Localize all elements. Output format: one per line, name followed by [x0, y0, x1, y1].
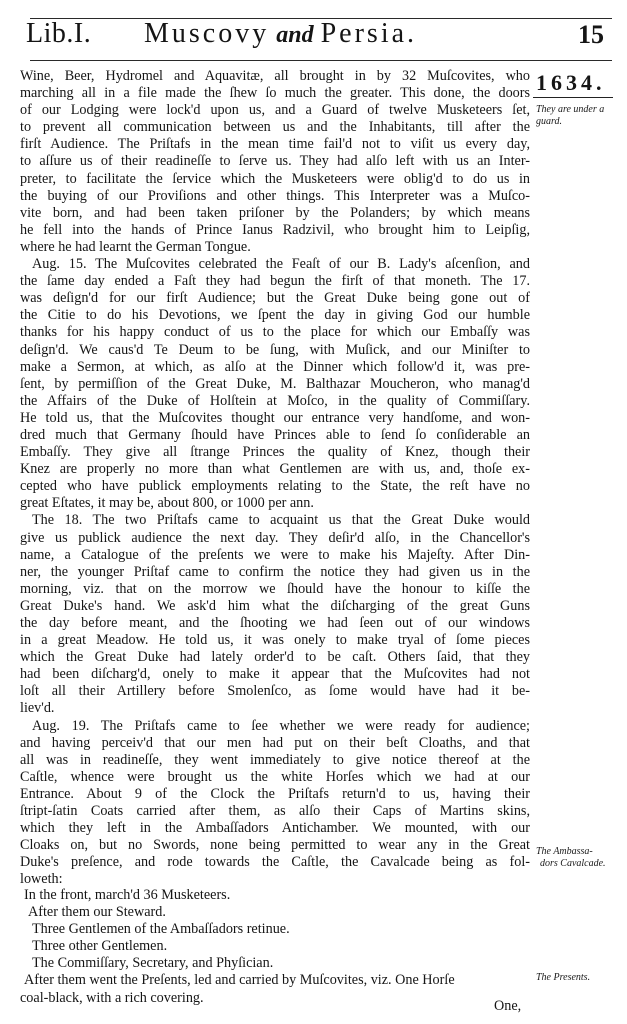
paragraph-start: Aug. 19. The Priſtafs came to ſee whethe… [20, 718, 530, 735]
text-line: morning, viz. that on the morrow we ſhou… [20, 581, 530, 598]
list-item: coal-black, with a rich covering. [20, 990, 530, 1007]
page-number: 15 [578, 20, 604, 50]
text-line: name, a Catalogue of the preſents we wer… [20, 547, 530, 564]
text-line: loweth: [20, 871, 530, 888]
text-line: preter, to facilitate the ſervice which … [20, 171, 530, 188]
margin-note-guard: They are under a guard. [536, 104, 604, 128]
list-item: Three other Gentlemen. [20, 938, 530, 955]
text-line: he fell into the hands of Prince Ianus R… [20, 222, 530, 239]
body-text: Wine, Beer, Hydromel and Aquavitæ, all b… [20, 68, 530, 889]
margin-year: 1634. [536, 70, 606, 96]
text-line: which they left in the Ambaſſadors Antic… [20, 820, 530, 837]
paragraph-start: The 18. The two Priſtafs came to acquain… [20, 512, 530, 529]
text-line: the Affairs of the Duke of Holſtein at M… [20, 393, 530, 410]
text-line: He told us, that the Muſcovites thought … [20, 410, 530, 427]
text-line: deſign'd. We caus'd Te Deum to be ſung, … [20, 342, 530, 359]
text-line: where he had learnt the German Tongue. [20, 239, 530, 256]
list-item: The Commiſſary, Secretary, and Phyſician… [20, 955, 530, 972]
margin-year-rule [533, 97, 613, 98]
text-line: ſtript-ſatin Coats carried after them, a… [20, 803, 530, 820]
text-line: firſt Audience. The Priſtafs in the mean… [20, 136, 530, 153]
text-line: to prevent all communication between us … [20, 119, 530, 136]
text-line: Embaſſy. They give all ſtrange Princes t… [20, 444, 530, 461]
text-line: the ſame day ended a Faſt they had begun… [20, 273, 530, 290]
text-line: the buying of our Proviſions and other t… [20, 188, 530, 205]
text-line: loſt all their Artillery before Smolenſc… [20, 683, 530, 700]
title-and: and [276, 22, 313, 48]
header-bottom-rule [30, 60, 612, 61]
list-item: In the front, march'd 36 Musketeers. [20, 887, 530, 904]
title-persia: Persia. [321, 18, 417, 49]
text-line: liev'd. [20, 700, 530, 717]
text-line: of our Lodging were lock'd upon us, and … [20, 102, 530, 119]
cavalcade-list: In the front, march'd 36 Musketeers. Aft… [20, 887, 530, 1007]
list-item: Three Gentlemen of the Ambaſſadors retin… [20, 921, 530, 938]
text-line: dred much that Germany ſhould have Princ… [20, 427, 530, 444]
text-line: marching all in a file made the ſhew ſo … [20, 85, 530, 102]
running-title: Muscovy and Persia. [144, 18, 417, 50]
text-line: Wine, Beer, Hydromel and Aquavitæ, all b… [20, 68, 530, 85]
text-line: ner, the younger Priſtaf came to confirm… [20, 564, 530, 581]
margin-note-cavalcade: The Ambassa- dors Cavalcade. [536, 846, 606, 870]
text-line: and having perceiv'd that our men had pu… [20, 735, 530, 752]
text-line: had been diſcharg'd, onely to make it ap… [20, 666, 530, 683]
list-item: After them our Steward. [20, 904, 530, 921]
text-line: Cloaks on, but no Swords, none being per… [20, 837, 530, 854]
text-line: make a Sermon, at which, as alſo at the … [20, 359, 530, 376]
book-number: Lib.I. [26, 18, 91, 50]
text-line: Caſtle, whence were brought us the white… [20, 769, 530, 786]
running-header: Lib.I. Muscovy and Persia. 15 [26, 18, 616, 58]
text-line: which the Great Duke had lately order'd … [20, 649, 530, 666]
text-line: was deſign'd for our firſt Audience; but… [20, 290, 530, 307]
title-muscovy: Muscovy [144, 18, 269, 49]
text-line: great Eſtates, it may be, about 800, or … [20, 495, 530, 512]
list-item: After them went the Preſents, led and ca… [20, 972, 530, 989]
margin-note-presents: The Presents. [536, 972, 590, 984]
paragraph-start: Aug. 15. The Muſcovites celebrated the F… [20, 256, 530, 273]
text-line: give us publick audience the next day. T… [20, 530, 530, 547]
text-line: Great Duke's hand. We ask'd him what the… [20, 598, 530, 615]
text-line: the Citie to do his Devotions, we ſpent … [20, 307, 530, 324]
text-line: Duke's preſence, and rode towards the Ca… [20, 854, 530, 871]
text-line: Knez are properly no more than what Gent… [20, 461, 530, 478]
text-line: the day before meant, and the ſhooting w… [20, 615, 530, 632]
text-line: Entrance. About 9 of the Clock the Priſt… [20, 786, 530, 803]
text-line: thanks for his happy conduct of us to th… [20, 324, 530, 341]
text-line: ſent, by permiſſion of the Great Duke, M… [20, 376, 530, 393]
text-line: cepted who have publick employments rela… [20, 478, 530, 495]
text-line: vite born, and had been taken priſoner b… [20, 205, 530, 222]
text-line: all was in readineſſe, they went immedia… [20, 752, 530, 769]
text-line: to aſſure us of their readineſſe to ſerv… [20, 153, 530, 170]
catchword: One, [494, 998, 521, 1015]
text-line: in a great Meadow. He told us, it was on… [20, 632, 530, 649]
